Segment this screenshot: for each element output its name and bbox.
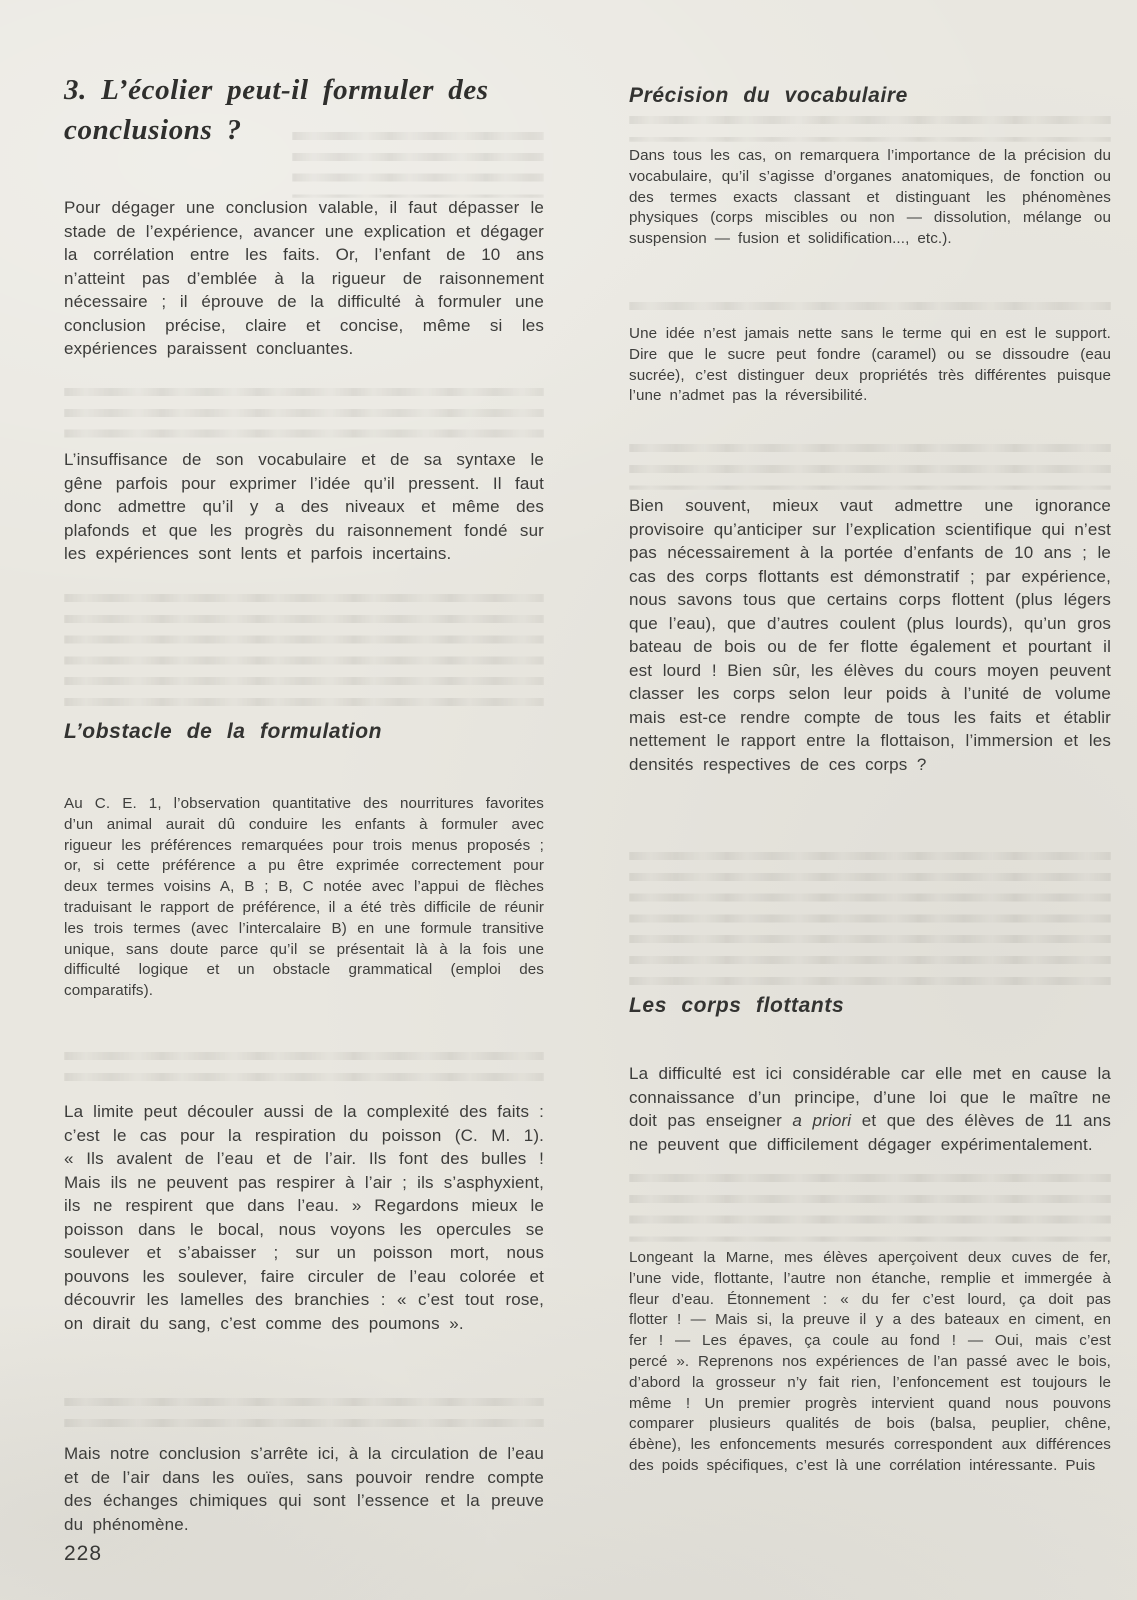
section-heading-corps-flottants: Les corps flottants [629, 994, 1111, 1018]
paragraph: Dans tous les cas, on remarquera l’impor… [629, 146, 1111, 250]
section-heading-precision-vocabulaire: Précision du vocabulaire [629, 84, 1111, 108]
latin-phrase-a-priori: a priori [792, 1111, 851, 1130]
bleed-through-lines [64, 1392, 544, 1432]
paragraph: Pour dégager une conclusion valable, il … [64, 196, 544, 361]
section-heading-obstacle-formulation: L’obstacle de la formulation [64, 720, 544, 744]
paragraph: Une idée n’est jamais nette sans le term… [629, 324, 1111, 407]
bleed-through-lines [64, 382, 544, 440]
bleed-through-lines [629, 1168, 1111, 1242]
paragraph: Mais notre conclusion s’arrête ici, à la… [64, 1442, 544, 1536]
paragraph: La limite peut découler aussi de la comp… [64, 1100, 544, 1335]
paragraph: Longeant la Marne, mes élèves aperçoiven… [629, 1248, 1111, 1477]
bleed-through-lines [64, 588, 544, 716]
paragraph: La difficulté est ici considérable car e… [629, 1062, 1111, 1156]
chapter-heading: 3. L’écolier peut-il formuler des conclu… [64, 70, 552, 150]
paragraph: L’insuffisance de son vocabulaire et de … [64, 448, 544, 566]
paragraph: Bien souvent, mieux vaut admettre une ig… [629, 494, 1111, 776]
bleed-through-lines [629, 110, 1111, 142]
page-number: 228 [64, 1542, 102, 1566]
bleed-through-lines [629, 846, 1111, 996]
bleed-through-lines [629, 296, 1111, 322]
scanned-book-page: 3. L’écolier peut-il formuler des conclu… [0, 0, 1137, 1600]
bleed-through-lines [629, 438, 1111, 490]
paragraph: Au C. E. 1, l’observation quantitative d… [64, 794, 544, 1002]
bleed-through-lines [64, 1046, 544, 1092]
